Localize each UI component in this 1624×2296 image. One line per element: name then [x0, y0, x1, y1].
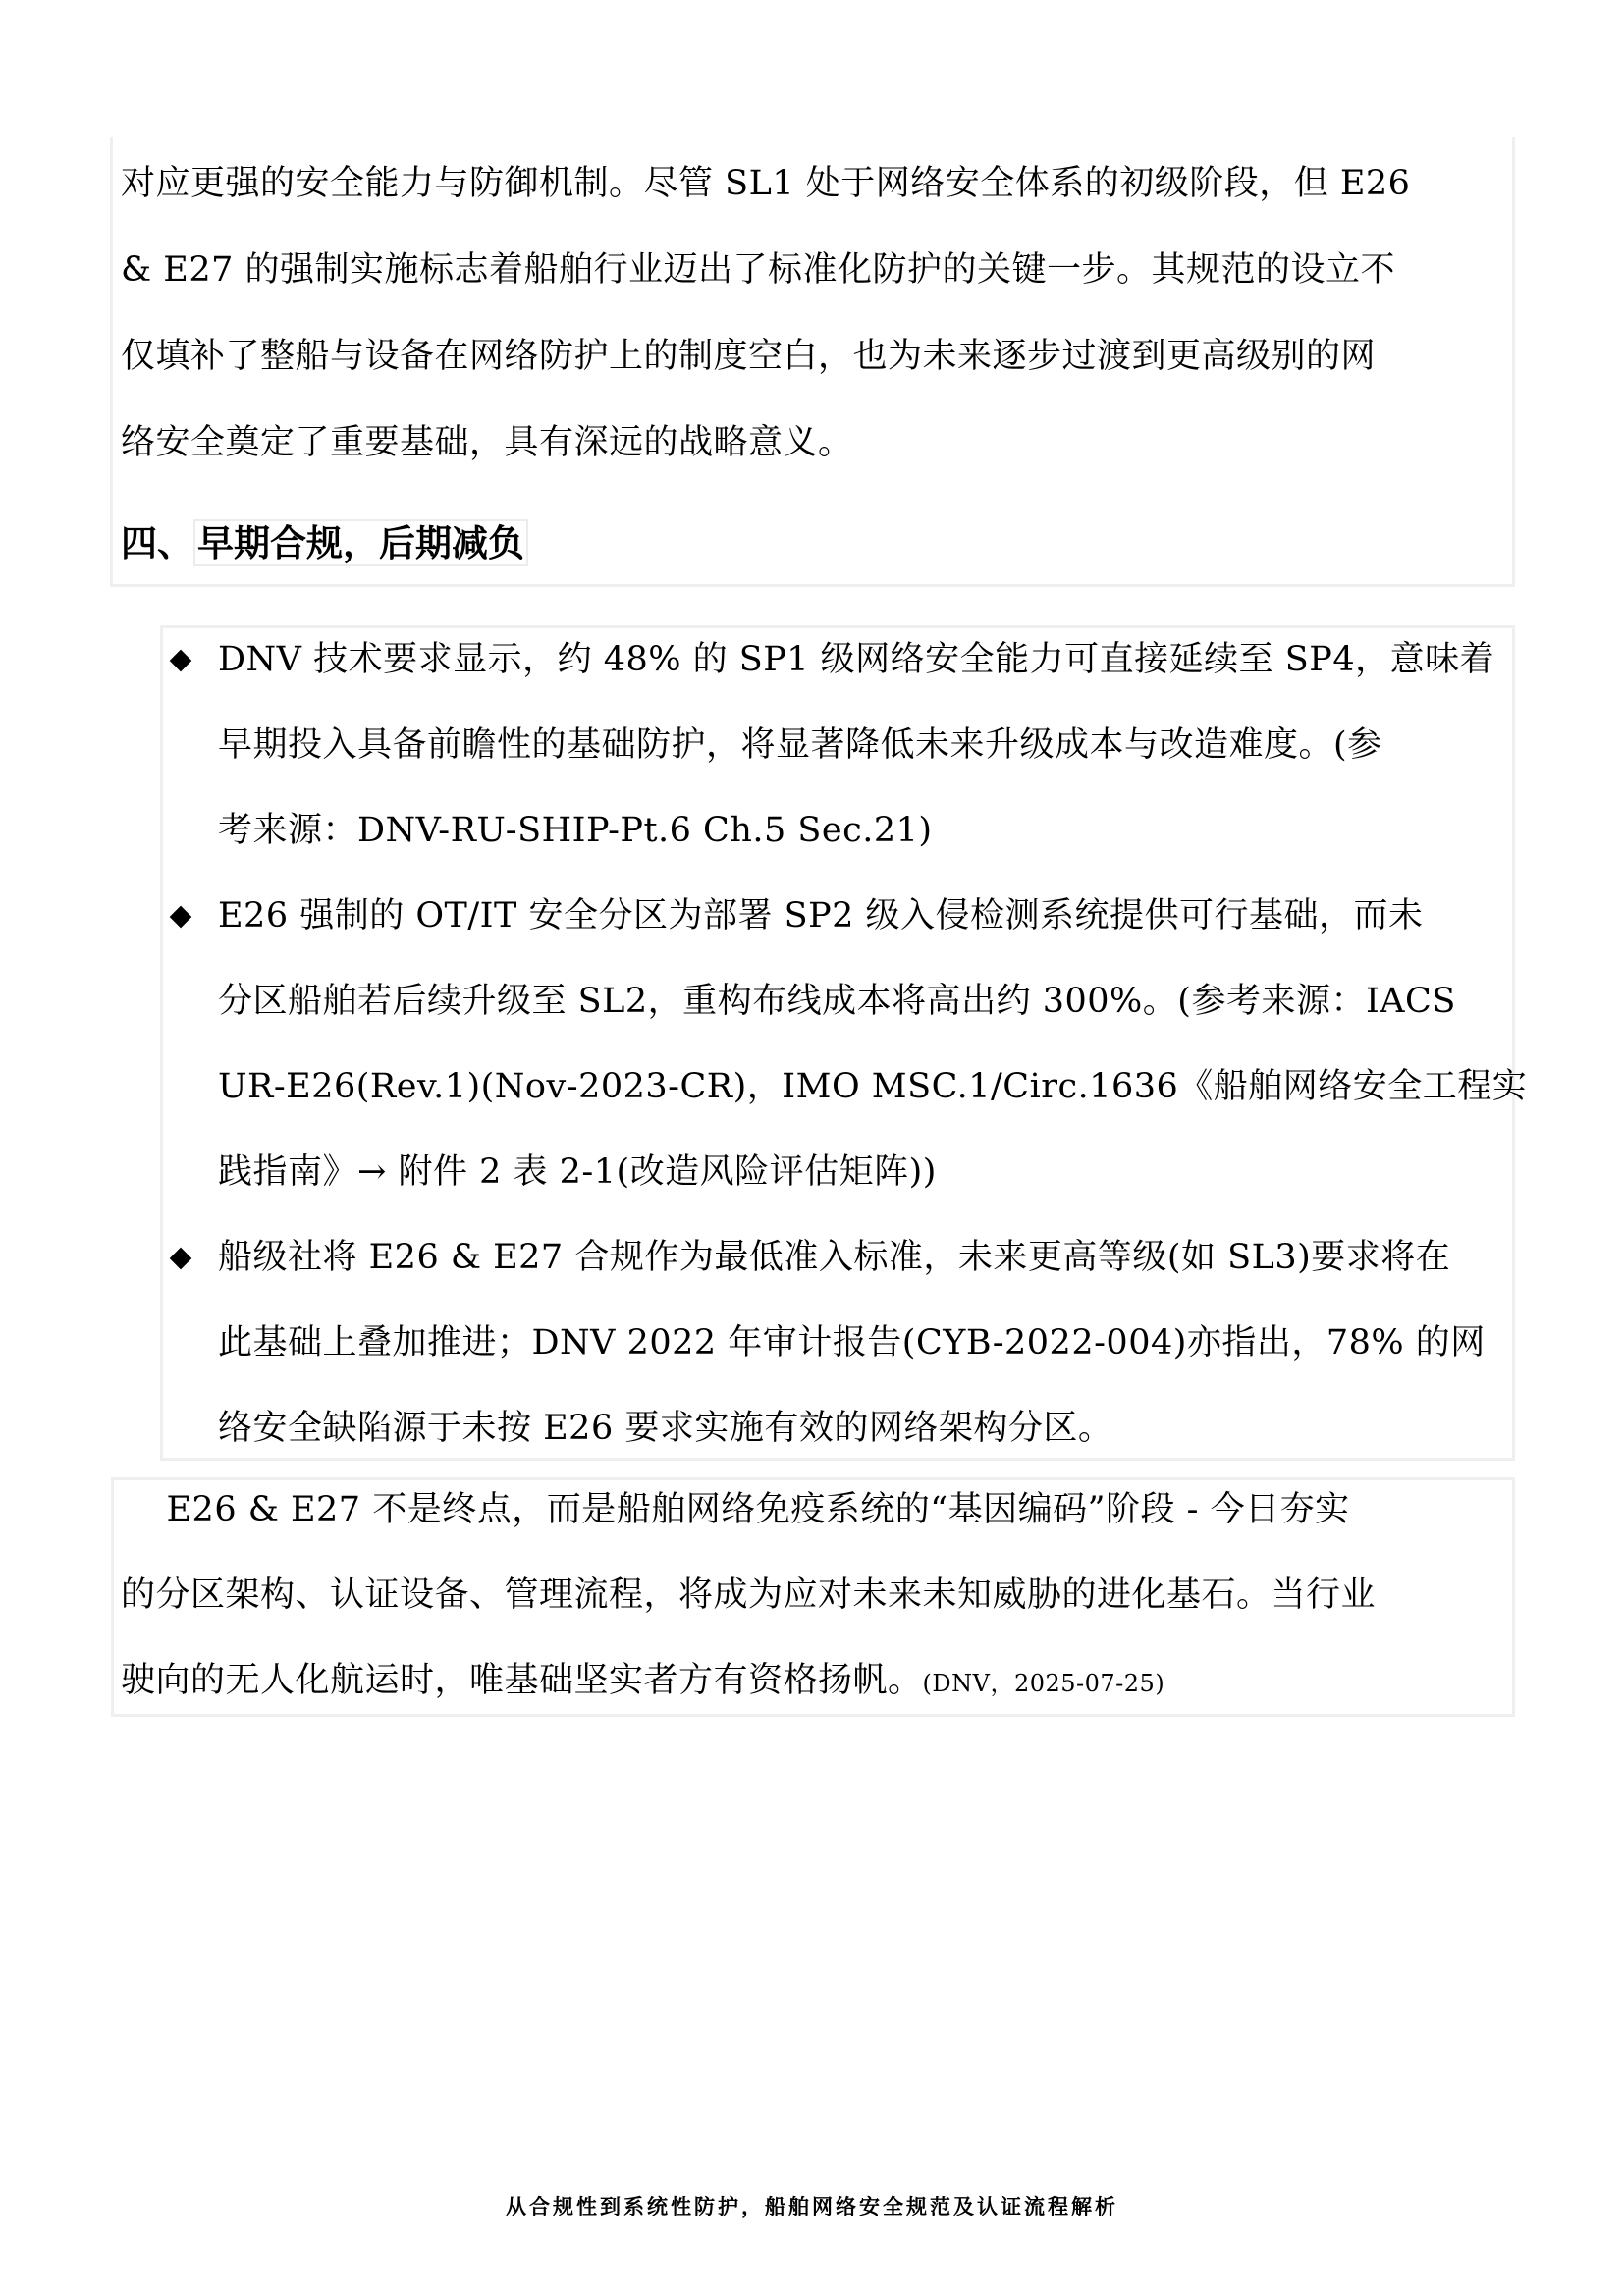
intro-section-box: 对应更强的安全能力与防御机制。尽管 SL1 处于网络安全体系的初级阶段，但 E2… — [110, 137, 1515, 587]
bullet-2-line: 分区船舶若后续升级至 SL2，重构布线成本将高出约 300%。(参考来源：IAC… — [218, 980, 1456, 1023]
diamond-bullet-icon — [170, 1248, 192, 1270]
bullet-3-line: 船级社将 E26 & E27 合规作为最低准入标准，未来更高等级(如 SL3)要… — [218, 1236, 1450, 1279]
citation: (DNV，2025-07-25) — [923, 1670, 1165, 1697]
bullet-3-line: 络安全缺陷源于未按 E26 要求实施有效的网络架构分区。 — [218, 1407, 1112, 1450]
intro-paragraph-line: 仅填补了整船与设备在网络防护上的制度空白，也为未来逐步过渡到更高级别的网 — [121, 335, 1376, 378]
conclusion-line-text: 驶向的无人化航运时，唯基础坚实者方有资格扬帆。 — [121, 1661, 923, 1700]
section-heading-number: 四、 — [121, 521, 193, 564]
page-footer: 从合规性到系统性防护，船舶网络安全规范及认证流程解析 — [0, 2191, 1624, 2220]
intro-paragraph-line: 对应更强的安全能力与防御机制。尽管 SL1 处于网络安全体系的初级阶段，但 E2… — [121, 162, 1410, 205]
conclusion-line: E26 & E27 不是终点，而是船舶网络免疫系统的“基因编码”阶段 - 今日夯… — [121, 1488, 1350, 1531]
bullet-1-line: 考来源：DNV-RU-SHIP-Pt.6 Ch.5 Sec.21) — [218, 809, 933, 852]
conclusion-box: E26 & E27 不是终点，而是船舶网络免疫系统的“基因编码”阶段 - 今日夯… — [111, 1477, 1515, 1717]
bullet-2-line: UR-E26(Rev.1)(Nov-2023-CR)，IMO MSC.1/Cir… — [218, 1065, 1527, 1108]
bullet-1-line: DNV 技术要求显示，约 48% 的 SP1 级网络安全能力可直接延续至 SP4… — [218, 638, 1494, 681]
intro-paragraph-line: 络安全奠定了重要基础，具有深远的战略意义。 — [121, 421, 853, 464]
section-heading: 四、早期合规，后期减负 — [121, 518, 528, 567]
bullet-2-line: E26 强制的 OT/IT 安全分区为部署 SP2 级入侵检测系统提供可行基础，… — [218, 894, 1424, 937]
intro-paragraph-line: & E27 的强制实施标志着船舶行业迈出了标准化防护的关键一步。其规范的设立不 — [121, 248, 1395, 292]
diamond-bullet-icon — [170, 906, 192, 929]
bullet-list-box: DNV 技术要求显示，约 48% 的 SP1 级网络安全能力可直接延续至 SP4… — [160, 625, 1515, 1461]
bullet-2-line: 践指南》→ 附件 2 表 2-1(改造风险评估矩阵)) — [218, 1150, 937, 1194]
bullet-3-line: 此基础上叠加推进；DNV 2022 年审计报告(CYB-2022-004)亦指出… — [218, 1321, 1486, 1364]
conclusion-line: 的分区架构、认证设备、管理流程，将成为应对未来未知威胁的进化基石。当行业 — [121, 1574, 1376, 1617]
document-page: 对应更强的安全能力与防御机制。尽管 SL1 处于网络安全体系的初级阶段，但 E2… — [0, 0, 1624, 2296]
section-heading-title: 早期合规，后期减负 — [193, 519, 528, 566]
diamond-bullet-icon — [170, 650, 192, 672]
conclusion-line-last: 驶向的无人化航运时，唯基础坚实者方有资格扬帆。(DNV，2025-07-25) — [121, 1659, 1164, 1705]
bullet-1-line: 早期投入具备前瞻性的基础防护，将显著降低未来升级成本与改造难度。(参 — [218, 723, 1382, 767]
